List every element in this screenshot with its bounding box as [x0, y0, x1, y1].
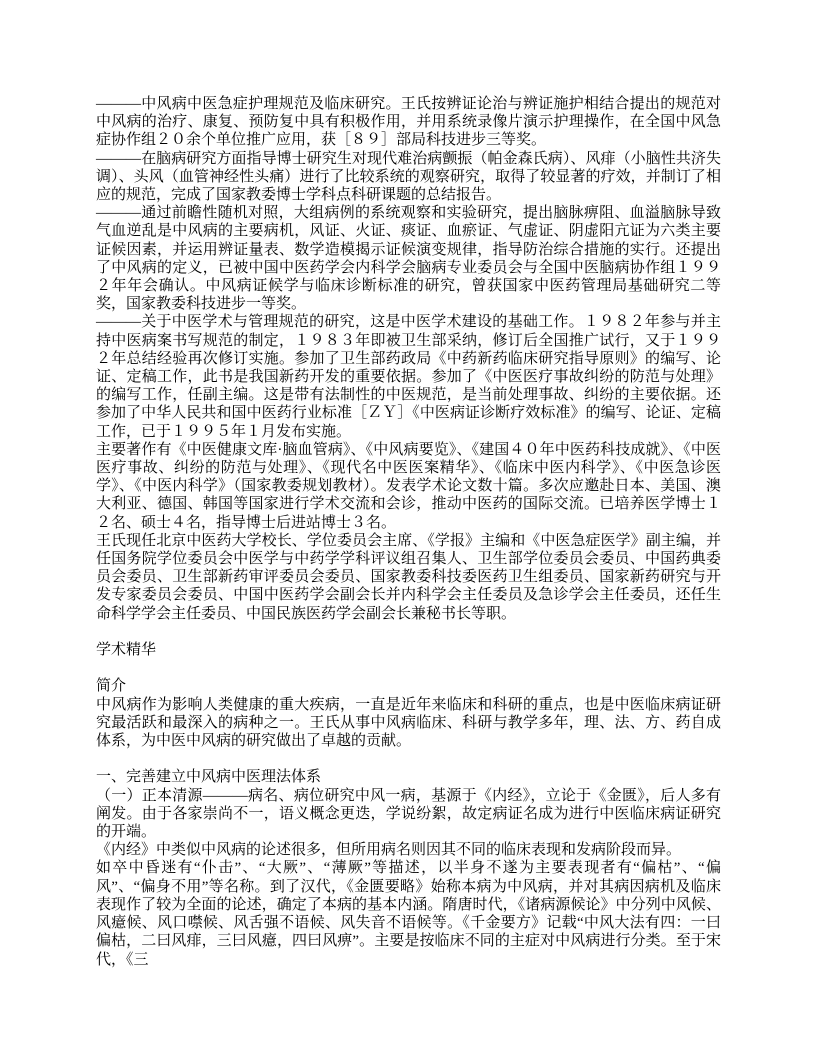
paragraph: 中风病作为影响人类健康的重大疾病，一直是近年来临床和科研的重点，也是中医临床病证…	[96, 696, 721, 751]
blank-line	[96, 623, 721, 641]
paragraph: 主要著作有《中医健康文库·脑血管病》、《中风病要览》、《建国４０年中医药科技成就…	[96, 441, 721, 532]
paragraph: 如卒中昏迷有“仆击”、“大厥”、“薄厥”等描述，以半身不遂为主要表现者有“偏枯”…	[96, 859, 721, 968]
section-heading: 简介	[96, 677, 721, 695]
paragraph: 《内经》中类似中风病的论述很多，但所用病名则因其不同的临床表现和发病阶段而异。	[96, 841, 721, 859]
document-content: ———中风病中医急症护理规范及临床研究。王氏按辨证论治与辨证施护相结合提出的规范…	[96, 95, 721, 969]
section-heading: 学术精华	[96, 641, 721, 659]
paragraph: 王氏现任北京中医药大学校长、学位委员会主席、《学报》主编和《中医急症医学》副主编…	[96, 532, 721, 623]
paragraph: ———中风病中医急症护理规范及临床研究。王氏按辨证论治与辨证施护相结合提出的规范…	[96, 95, 721, 150]
blank-line	[96, 659, 721, 677]
blank-line	[96, 750, 721, 768]
document-page: ———中风病中医急症护理规范及临床研究。王氏按辨证论治与辨证施护相结合提出的规范…	[0, 0, 816, 1056]
section-heading: 一、完善建立中风病中医理法体系	[96, 768, 721, 786]
paragraph: （一）正本清源———病名、病位研究中风一病，基源于《内经》，立论于《金匮》，后人…	[96, 787, 721, 842]
paragraph: ———通过前瞻性随机对照，大组病例的系统观察和实验研究，提出脑脉痹阻、血溢脑脉导…	[96, 204, 721, 313]
paragraph: ———在脑病研究方面指导博士研究生对现代难治病颤振（帕金森氏病）、风痱（小脑性共…	[96, 150, 721, 205]
paragraph: ———关于中医学术与管理规范的研究，这是中医学术建设的基础工作。１９８２年参与并…	[96, 313, 721, 440]
